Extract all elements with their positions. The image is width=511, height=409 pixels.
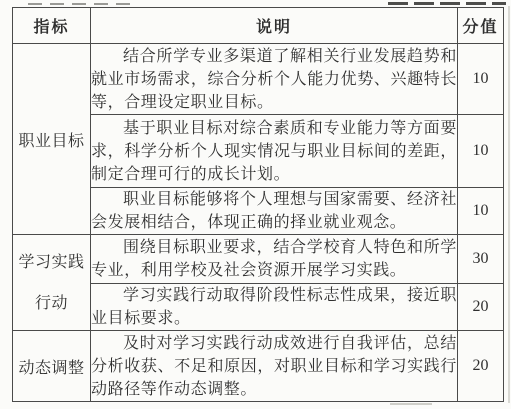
header-row: 指标 说明 分值 bbox=[13, 8, 504, 44]
header-description: 说明 bbox=[91, 8, 458, 44]
description-cell: 基于职业目标对综合素质和专业能力等方面要求，科学分析个人现实情况与职业目标间的差… bbox=[91, 115, 458, 188]
scan-artifact bbox=[508, 6, 510, 403]
indicator-cell: 动态调整 bbox=[13, 331, 91, 402]
indicator-label: 动态调整 bbox=[18, 360, 84, 377]
evaluation-criteria-table: 指标 说明 分值 职业目标结合所学专业多渠道了解相关行业发展趋势和就业市场需求，… bbox=[12, 7, 504, 402]
description-cell: 围绕目标职业要求，结合学校育人特色和所学专业，利用学校及社会资源开展学习实践。 bbox=[91, 235, 458, 284]
indicator-label: 学习实践行动 bbox=[16, 242, 88, 324]
indicator-label: 职业目标 bbox=[18, 133, 84, 150]
description-text: 及时对学习实践行动成效进行自我评估，总结分析收获、不足和原因，对职业目标和学习实… bbox=[91, 332, 457, 401]
table-row: 动态调整及时对学习实践行动成效进行自我评估，总结分析收获、不足和原因，对职业目标… bbox=[13, 331, 504, 402]
scan-artifact bbox=[28, 3, 136, 5]
table-row: 学习实践行动围绕目标职业要求，结合学校育人特色和所学专业，利用学校及社会资源开展… bbox=[13, 235, 504, 284]
score-value: 10 bbox=[458, 115, 504, 188]
description-cell: 及时对学习实践行动成效进行自我评估，总结分析收获、不足和原因，对职业目标和学习实… bbox=[91, 331, 458, 402]
description-text: 结合所学专业多渠道了解相关行业发展趋势和就业市场需求，综合分析个人能力优势、兴趣… bbox=[91, 45, 457, 114]
header-indicator: 指标 bbox=[13, 8, 91, 44]
score-value: 20 bbox=[458, 284, 504, 331]
scan-artifact bbox=[388, 2, 506, 5]
score-value: 30 bbox=[458, 235, 504, 284]
score-value: 10 bbox=[458, 44, 504, 115]
description-text: 学习实践行动取得阶段性标志性成果，接近职业目标要求。 bbox=[91, 284, 457, 330]
description-text: 围绕目标职业要求，结合学校育人特色和所学专业，利用学校及社会资源开展学习实践。 bbox=[91, 236, 457, 282]
header-score: 分值 bbox=[458, 8, 504, 44]
score-value: 20 bbox=[458, 331, 504, 402]
score-value: 10 bbox=[458, 188, 504, 235]
indicator-cell: 职业目标 bbox=[13, 44, 91, 235]
description-cell: 职业目标能够将个人理想与国家需要、经济社会发展相结合，体现正确的择业就业观念。 bbox=[91, 188, 458, 235]
indicator-cell: 学习实践行动 bbox=[13, 235, 91, 331]
table-row: 职业目标结合所学专业多渠道了解相关行业发展趋势和就业市场需求，综合分析个人能力优… bbox=[13, 44, 504, 115]
description-cell: 学习实践行动取得阶段性标志性成果，接近职业目标要求。 bbox=[91, 284, 458, 331]
scanned-document-page: 指标 说明 分值 职业目标结合所学专业多渠道了解相关行业发展趋势和就业市场需求，… bbox=[0, 0, 511, 409]
description-cell: 结合所学专业多渠道了解相关行业发展趋势和就业市场需求，综合分析个人能力优势、兴趣… bbox=[91, 44, 458, 115]
scan-artifact bbox=[390, 403, 432, 405]
description-text: 职业目标能够将个人理想与国家需要、经济社会发展相结合，体现正确的择业就业观念。 bbox=[91, 188, 457, 234]
description-text: 基于职业目标对综合素质和专业能力等方面要求，科学分析个人现实情况与职业目标间的差… bbox=[91, 117, 457, 186]
